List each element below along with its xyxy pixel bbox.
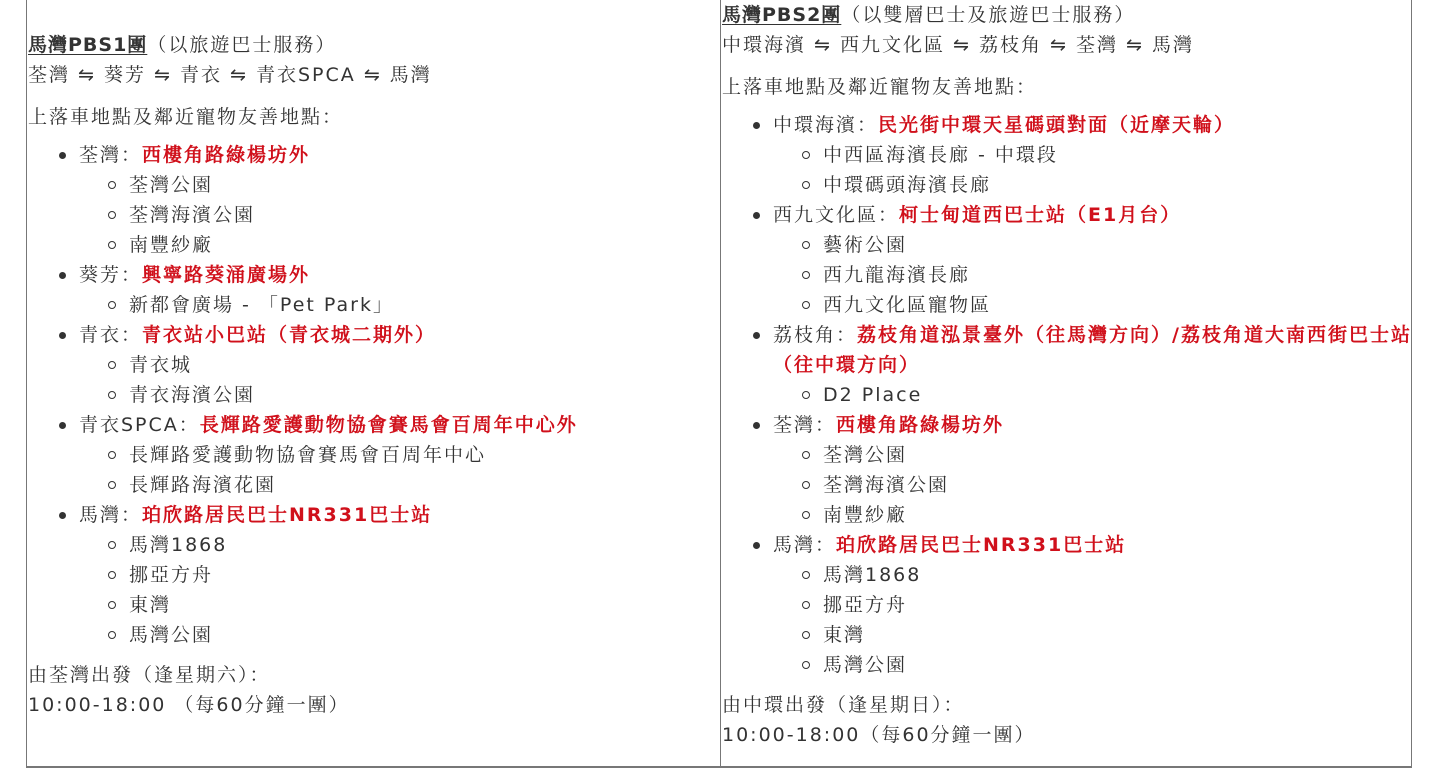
stop-area: 荃灣： — [79, 144, 142, 166]
stop-location: 珀欣路居民巴士NR331巴士站 — [836, 534, 1126, 556]
stop-item: 中環海濱：民光街中環天星碼頭對面（近摩天輪） 中西區海濱長廊 - 中環段 中環碼… — [722, 110, 1413, 200]
nearby-item: 挪亞方舟 — [773, 590, 1413, 620]
bullet-icon — [59, 152, 66, 159]
circle-bullet-icon — [108, 571, 116, 579]
stop-item: 西九文化區：柯士甸道西巴士站（E1月台） 藝術公園 西九龍海濱長廊 西九文化區寵… — [722, 200, 1413, 320]
bullet-icon — [753, 212, 760, 219]
circle-bullet-icon — [802, 181, 810, 189]
stop-area: 青衣SPCA： — [79, 414, 200, 436]
nearby-item: 荃灣公園 — [773, 440, 1413, 470]
stops-heading: 上落車地點及鄰近寵物友善地點： — [722, 72, 1413, 102]
bullet-icon — [59, 332, 66, 339]
nearby-item: 中環碼頭海濱長廊 — [773, 170, 1413, 200]
circle-bullet-icon — [802, 241, 810, 249]
circle-bullet-icon — [802, 661, 810, 669]
stops-heading: 上落車地點及鄰近寵物友善地點： — [28, 102, 720, 132]
stop-area: 荃灣： — [773, 414, 836, 436]
nearby-list: 荃灣公園 荃灣海濱公園 南豐紗廠 — [79, 170, 720, 260]
stop-item: 荔枝角：荔枝角道泓景臺外（往馬灣方向）/荔枝角道大南西街巴士站（往中環方向） D… — [722, 320, 1413, 410]
stop-item: 荃灣：西樓角路綠楊坊外 荃灣公園 荃灣海濱公園 南豐紗廠 — [28, 140, 720, 260]
circle-bullet-icon — [802, 271, 810, 279]
stop-location: 珀欣路居民巴士NR331巴士站 — [142, 504, 432, 526]
nearby-item: 青衣海濱公園 — [79, 380, 720, 410]
circle-bullet-icon — [108, 391, 116, 399]
stop-location: 民光街中環天星碼頭對面（近摩天輪） — [878, 114, 1235, 136]
nearby-item: 南豐紗廠 — [79, 230, 720, 260]
schedule-info: 10:00-18:00 （每60分鐘一團） — [28, 690, 720, 720]
circle-bullet-icon — [108, 301, 116, 309]
bullet-icon — [753, 542, 760, 549]
stop-area: 馬灣： — [773, 534, 836, 556]
nearby-item: 東灣 — [79, 590, 720, 620]
nearby-item: 新都會廣場 - 「Pet Park」 — [79, 290, 720, 320]
nearby-item: 西九龍海濱長廊 — [773, 260, 1413, 290]
stop-item: 馬灣：珀欣路居民巴士NR331巴士站 馬灣1868 挪亞方舟 東灣 馬灣公園 — [722, 530, 1413, 680]
nearby-list: 新都會廣場 - 「Pet Park」 — [79, 290, 720, 320]
stops-list: 荃灣：西樓角路綠楊坊外 荃灣公園 荃灣海濱公園 南豐紗廠 葵芳：興寧路葵涌廣場外… — [28, 140, 720, 650]
bullet-icon — [753, 332, 760, 339]
nearby-item: 長輝路海濱花園 — [79, 470, 720, 500]
stops-list: 中環海濱：民光街中環天星碼頭對面（近摩天輪） 中西區海濱長廊 - 中環段 中環碼… — [722, 110, 1413, 680]
departure-info: 由中環出發（逢星期日）： — [722, 690, 1413, 720]
nearby-list: 藝術公園 西九龍海濱長廊 西九文化區寵物區 — [773, 230, 1413, 320]
stop-location: 西樓角路綠楊坊外 — [836, 414, 1004, 436]
routes-table: 馬灣PBS1團（以旅遊巴士服務） 荃灣 ⇋ 葵芳 ⇋ 青衣 ⇋ 青衣SPCA ⇋… — [26, 0, 1412, 768]
nearby-list: 馬灣1868 挪亞方舟 東灣 馬灣公園 — [773, 560, 1413, 680]
route-title-link[interactable]: 馬灣PBS2團 — [722, 4, 841, 26]
circle-bullet-icon — [802, 511, 810, 519]
nearby-list: 荃灣公園 荃灣海濱公園 南豐紗廠 — [773, 440, 1413, 530]
stop-location: 青衣站小巴站（青衣城二期外） — [142, 324, 436, 346]
nearby-item: 荃灣海濱公園 — [773, 470, 1413, 500]
route-header: 馬灣PBS2團（以雙層巴士及旅遊巴士服務） — [722, 0, 1413, 30]
bullet-icon — [59, 512, 66, 519]
circle-bullet-icon — [108, 361, 116, 369]
circle-bullet-icon — [802, 601, 810, 609]
bullet-icon — [753, 422, 760, 429]
circle-bullet-icon — [108, 241, 116, 249]
stop-item: 青衣：青衣站小巴站（青衣城二期外） 青衣城 青衣海濱公園 — [28, 320, 720, 410]
circle-bullet-icon — [802, 301, 810, 309]
nearby-item: 南豐紗廠 — [773, 500, 1413, 530]
nearby-item: 荃灣公園 — [79, 170, 720, 200]
route-path: 荃灣 ⇋ 葵芳 ⇋ 青衣 ⇋ 青衣SPCA ⇋ 馬灣 — [28, 60, 720, 90]
circle-bullet-icon — [802, 631, 810, 639]
nearby-list: 馬灣1868 挪亞方舟 東灣 馬灣公園 — [79, 530, 720, 650]
stop-location: 柯士甸道西巴士站（E1月台） — [899, 204, 1181, 226]
circle-bullet-icon — [108, 181, 116, 189]
circle-bullet-icon — [108, 631, 116, 639]
stop-location: 長輝路愛護動物協會賽馬會百周年中心外 — [200, 414, 578, 436]
stop-location: 荔枝角道泓景臺外（往馬灣方向）/荔枝角道大南西街巴士站（往中環方向） — [773, 324, 1412, 376]
stop-area: 中環海濱： — [773, 114, 878, 136]
stop-area: 荔枝角： — [773, 324, 857, 346]
stop-location: 興寧路葵涌廣場外 — [142, 264, 310, 286]
nearby-item: 東灣 — [773, 620, 1413, 650]
bullet-icon — [753, 122, 760, 129]
stop-location: 西樓角路綠楊坊外 — [142, 144, 310, 166]
stop-area: 葵芳： — [79, 264, 142, 286]
circle-bullet-icon — [108, 541, 116, 549]
stop-area: 馬灣： — [79, 504, 142, 526]
circle-bullet-icon — [802, 481, 810, 489]
nearby-list: 青衣城 青衣海濱公園 — [79, 350, 720, 410]
nearby-item: 挪亞方舟 — [79, 560, 720, 590]
circle-bullet-icon — [802, 571, 810, 579]
stop-area: 青衣： — [79, 324, 142, 346]
nearby-list: 長輝路愛護動物協會賽馬會百周年中心 長輝路海濱花園 — [79, 440, 720, 500]
circle-bullet-icon — [802, 151, 810, 159]
nearby-item: 青衣城 — [79, 350, 720, 380]
route-title-link[interactable]: 馬灣PBS1團 — [28, 34, 147, 56]
schedule-info: 10:00-18:00（每60分鐘一團） — [722, 720, 1413, 750]
nearby-item: 長輝路愛護動物協會賽馬會百周年中心 — [79, 440, 720, 470]
route-header: 馬灣PBS1團（以旅遊巴士服務） — [28, 30, 720, 60]
circle-bullet-icon — [802, 451, 810, 459]
nearby-list: D2 Place — [773, 380, 1413, 410]
circle-bullet-icon — [108, 451, 116, 459]
nearby-item: 荃灣海濱公園 — [79, 200, 720, 230]
bullet-icon — [59, 422, 66, 429]
route-pbs2-cell: 馬灣PBS2團（以雙層巴士及旅遊巴士服務） 中環海濱 ⇋ 西九文化區 ⇋ 荔枝角… — [720, 0, 1413, 766]
departure-info: 由荃灣出發（逢星期六）： — [28, 660, 720, 690]
nearby-item: 馬灣1868 — [79, 530, 720, 560]
stop-area: 西九文化區： — [773, 204, 899, 226]
route-path: 中環海濱 ⇋ 西九文化區 ⇋ 荔枝角 ⇋ 荃灣 ⇋ 馬灣 — [722, 30, 1413, 60]
circle-bullet-icon — [108, 481, 116, 489]
stop-item: 青衣SPCA：長輝路愛護動物協會賽馬會百周年中心外 長輝路愛護動物協會賽馬會百周… — [28, 410, 720, 500]
stop-item: 馬灣：珀欣路居民巴士NR331巴士站 馬灣1868 挪亞方舟 東灣 馬灣公園 — [28, 500, 720, 650]
circle-bullet-icon — [802, 391, 810, 399]
nearby-item: 馬灣公園 — [773, 650, 1413, 680]
nearby-item: 中西區海濱長廊 - 中環段 — [773, 140, 1413, 170]
nearby-item: D2 Place — [773, 380, 1413, 410]
route-subtitle: （以旅遊巴士服務） — [147, 34, 336, 56]
nearby-item: 馬灣1868 — [773, 560, 1413, 590]
route-subtitle: （以雙層巴士及旅遊巴士服務） — [841, 4, 1135, 26]
nearby-item: 馬灣公園 — [79, 620, 720, 650]
stop-item: 荃灣：西樓角路綠楊坊外 荃灣公園 荃灣海濱公園 南豐紗廠 — [722, 410, 1413, 530]
circle-bullet-icon — [108, 601, 116, 609]
nearby-item: 藝術公園 — [773, 230, 1413, 260]
route-pbs1-cell: 馬灣PBS1團（以旅遊巴士服務） 荃灣 ⇋ 葵芳 ⇋ 青衣 ⇋ 青衣SPCA ⇋… — [27, 0, 720, 766]
circle-bullet-icon — [108, 211, 116, 219]
nearby-list: 中西區海濱長廊 - 中環段 中環碼頭海濱長廊 — [773, 140, 1413, 200]
bullet-icon — [59, 272, 66, 279]
stop-item: 葵芳：興寧路葵涌廣場外 新都會廣場 - 「Pet Park」 — [28, 260, 720, 320]
nearby-item: 西九文化區寵物區 — [773, 290, 1413, 320]
